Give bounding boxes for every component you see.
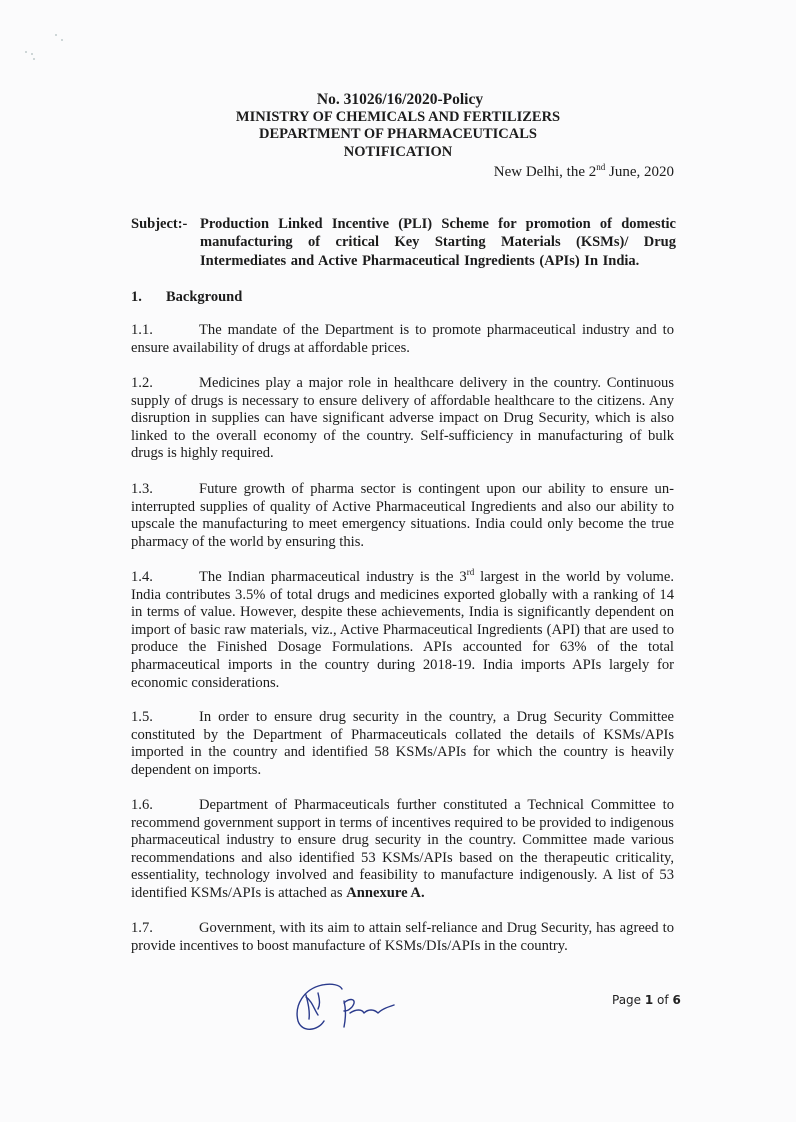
paragraph-1-4: 1.4.The Indian pharmaceutical industry i…	[131, 569, 674, 692]
document-page: No. 31026/16/2020-Policy MINISTRY OF CHE…	[0, 0, 796, 1122]
paragraph-1-7: 1.7.Government, with its aim to attain s…	[131, 920, 674, 955]
paragraph-1-5: 1.5.In order to ensure drug security in …	[131, 709, 674, 779]
department-name: DEPARTMENT OF PHARMACEUTICALS	[0, 126, 796, 144]
scan-specks	[20, 30, 80, 70]
subject-label: Subject:-	[131, 215, 187, 233]
paragraph-1-3: 1.3.Future growth of pharma sector is co…	[131, 481, 674, 551]
section-title: Background	[166, 289, 242, 305]
ministry-name: MINISTRY OF CHEMICALS AND FERTILIZERS	[0, 109, 796, 127]
page-number: Page 1 of 6	[612, 993, 681, 1007]
reference-number: No. 31026/16/2020-Policy	[0, 91, 796, 109]
section-number: 1.	[131, 289, 166, 306]
signature-icon	[292, 975, 422, 1035]
document-header: No. 31026/16/2020-Policy MINISTRY OF CHE…	[0, 91, 796, 161]
paragraph-1-1: 1.1.The mandate of the Department is to …	[131, 322, 674, 357]
paragraph-1-2: 1.2.Medicines play a major role in healt…	[131, 375, 674, 463]
annexure-reference: Annexure A.	[346, 885, 424, 901]
section-heading: 1.Background	[131, 289, 242, 306]
subject-block: Subject:- Production Linked Incentive (P…	[131, 215, 676, 270]
paragraph-1-6: 1.6.Department of Pharmaceuticals furthe…	[131, 797, 674, 903]
subject-text: Production Linked Incentive (PLI) Scheme…	[200, 215, 676, 270]
document-type: NOTIFICATION	[0, 144, 796, 162]
date-line: New Delhi, the 2nd June, 2020	[494, 162, 674, 181]
